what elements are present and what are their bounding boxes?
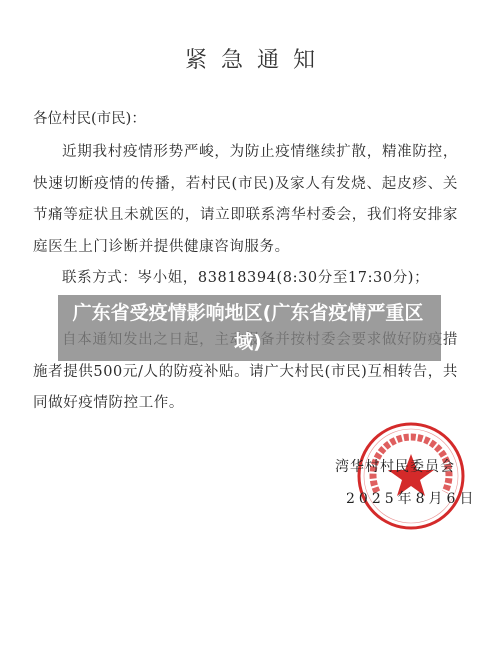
notice-title: 紧急通知 bbox=[0, 43, 500, 74]
paragraph-body-1: 近期我村疫情形势严峻，为防止疫情继续扩散，精准防控，快速切断疫情的传播，若村民(… bbox=[33, 137, 458, 263]
contact-info: 联系方式：岑小姐，83818394(8:30分至17:30分)； bbox=[33, 263, 458, 295]
caption-text: 广东省受疫情影响地区(广东省疫情严重区域) bbox=[68, 299, 428, 357]
signature-organization: 湾华村村民委员会 bbox=[335, 456, 455, 476]
official-stamp-icon bbox=[355, 420, 467, 532]
signature-date: 2025年8月6日 bbox=[346, 488, 477, 508]
salutation: 各位村民(市民)： bbox=[33, 107, 146, 128]
